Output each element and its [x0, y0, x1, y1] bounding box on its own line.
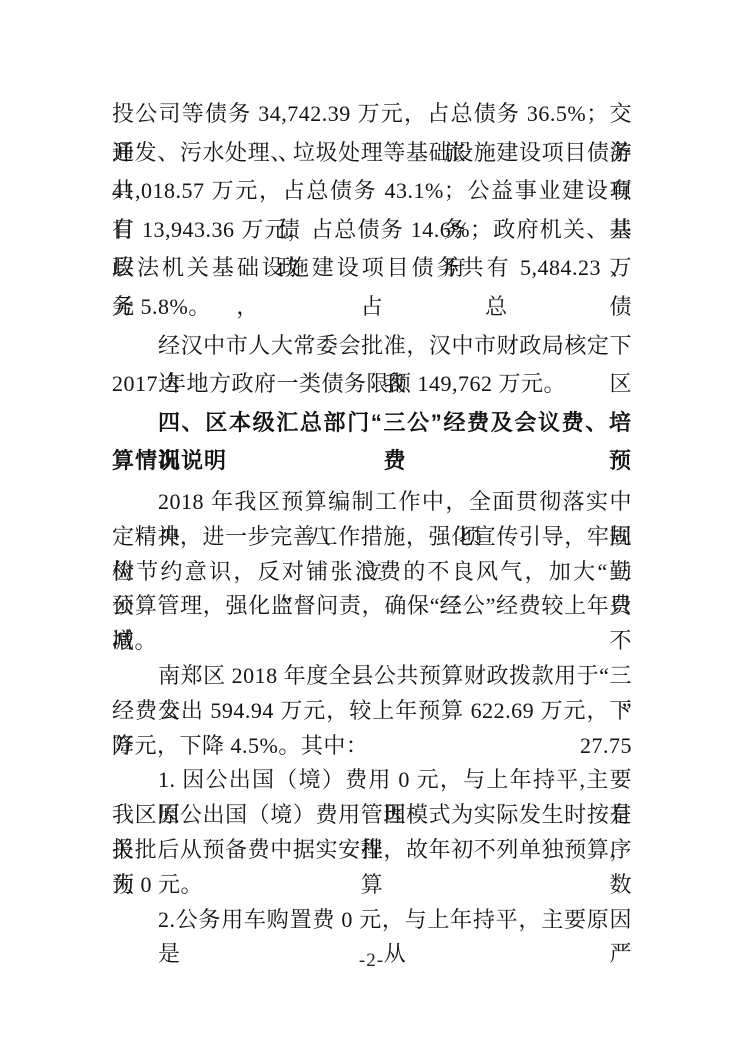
doc-line: 2.公务用车购置费 0 元，与上年持平，主要原因是从严	[112, 903, 632, 938]
doc-line: 有 13,943.36 万元，占总债务 14.6%；政府机关、基层政府、	[112, 211, 632, 250]
doc-line: 1. 因公出国（境）费用 0 元，与上年持平,主要原因是	[112, 763, 632, 798]
doc-line: 经汉中市人大常委会批准，汉中市财政局核定下达我区	[112, 327, 632, 366]
doc-line: 投公司等债务 34,742.39 万元，占总债务 36.5%；交通、旅游	[112, 95, 632, 134]
doc-line: 俭节约意识，反对铺张浪费的不良风气，加大“三公”经费	[112, 555, 632, 590]
doc-line: 定精神，进一步完善工作措施，强化宣传引导，牢固树立勤	[112, 520, 632, 555]
document-page: 投公司等债务 34,742.39 万元，占总债务 36.5%；交通、旅游 开发、…	[0, 0, 743, 1052]
page-number: -2-	[0, 950, 743, 972]
section-heading-line: 四、区本级汇总部门“三公”经费及会议费、培训费预	[112, 404, 632, 443]
doc-line: 报批后从预备费中据实安排，故年初不列单独预算，预算数	[112, 833, 632, 868]
doc-line: 开发、污水处理、垃圾处理等基础设施建设项目债务共有	[112, 134, 632, 173]
doc-line: 41,018.57 万元，占总债务 43.1%；公益事业建设项目债务共	[112, 172, 632, 211]
doc-line: 2018 年我区预算编制工作中，全面贯彻落实中央八项规	[112, 485, 632, 520]
doc-line: 经费支出 594.94 万元，较上年预算 622.69 万元，下降 27.75	[112, 694, 632, 729]
doc-line: 我区因公出国（境）费用管理模式为实际发生时按有关程序	[112, 798, 632, 833]
doc-line: 2017 年地方政府一类债务限额 149,762 万元。	[112, 365, 632, 404]
doc-line: 南郑区 2018 年度全县公共预算财政拨款用于“三公”	[112, 659, 632, 694]
doc-line: 预算管理，强化监督问责，确保“三公”经费较上年只减不	[112, 589, 632, 624]
text-block-bottom: 2018 年我区预算编制工作中，全面贯彻落实中央八项规 定精神，进一步完善工作措…	[112, 485, 632, 937]
doc-line: 政法机关基础设施建设项目债务共有 5,484.23 万元，占总债	[112, 249, 632, 288]
text-block-top: 投公司等债务 34,742.39 万元，占总债务 36.5%；交通、旅游 开发、…	[112, 95, 632, 481]
